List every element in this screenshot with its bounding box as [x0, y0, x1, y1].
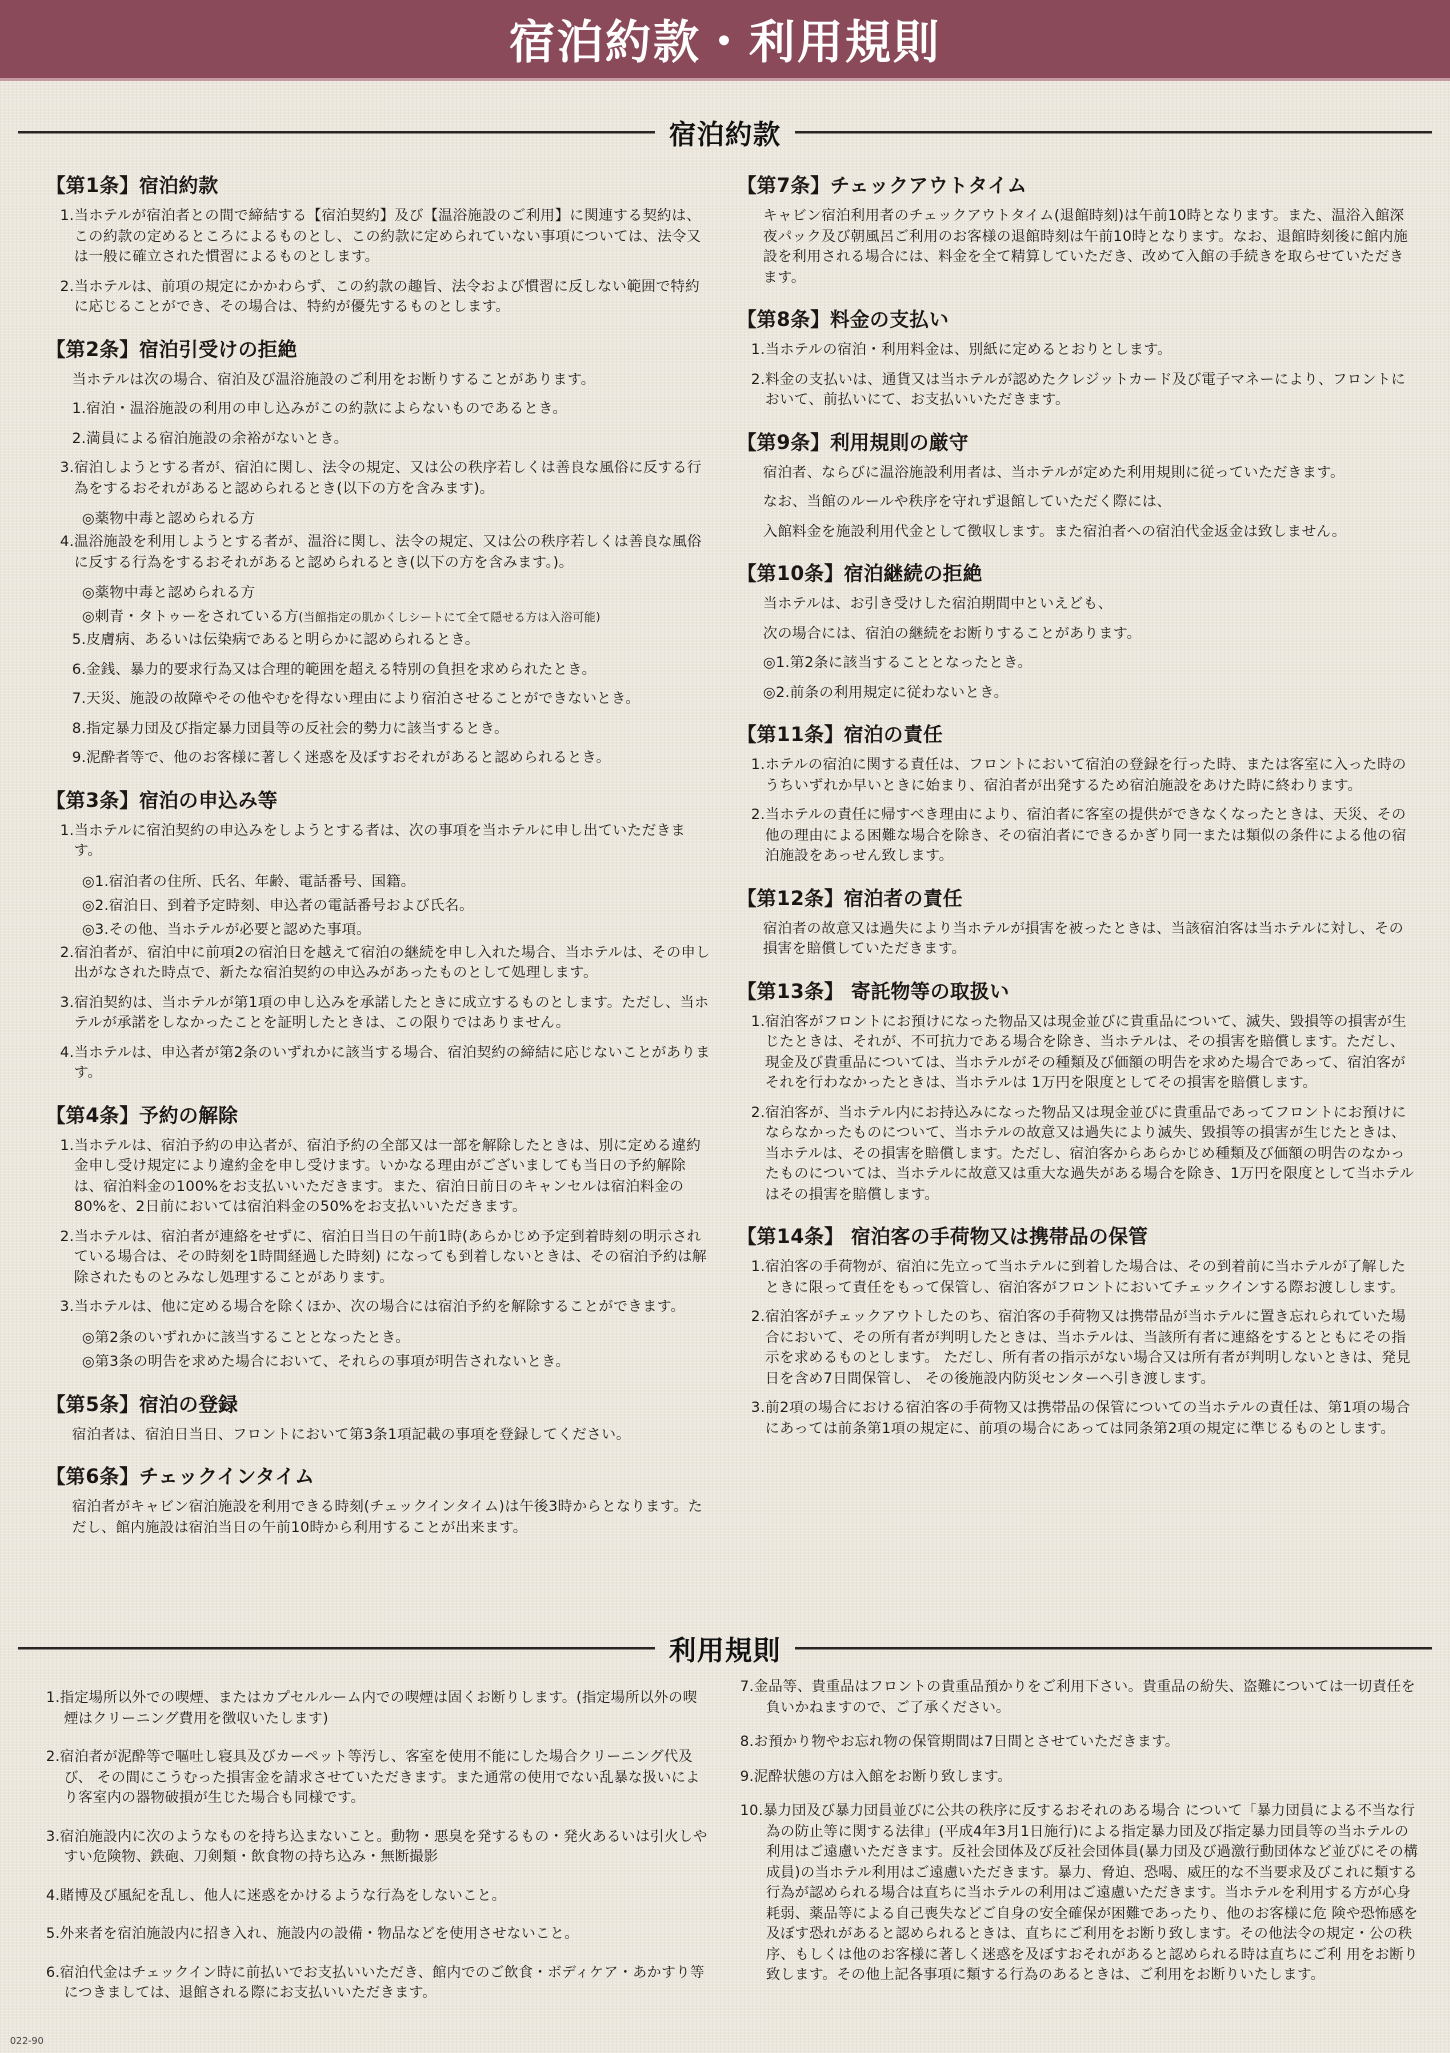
article-subitem: ◎2.宿泊日、到着予定時刻、申込者の電話番号および氏名。	[46, 895, 711, 917]
clause-text: 当ホテルは次の場合、宿泊及び温浴施設のご利用をお断りすることがあります。	[72, 372, 595, 388]
article-clause: 9.泥酔者等で、他のお客様に著しく迷惑を及ぼすおそれがあると認められるとき。	[46, 748, 711, 769]
clause-text: ◎薬物中毒と認められる方	[82, 511, 255, 527]
clause-text: 2.当ホテルは、宿泊者が連絡をせずに、宿泊日当日の午前1時(あらかじめ予定到着時…	[60, 1229, 707, 1286]
article-clause: 2.満員による宿泊施設の余裕がないとき。	[46, 429, 711, 450]
article-clause: 宿泊者は、宿泊日当日、フロントにおいて第3条1項記載の事項を登録してください。	[46, 1425, 711, 1446]
article: 【第13条】 寄託物等の取扱い1.宿泊客がフロントにお預けになった物品又は現金並…	[737, 976, 1417, 1206]
clause-text: 7.天災、施設の故障やその他やむを得ない理由により宿泊させることができないとき。	[72, 691, 640, 707]
title-banner: 宿泊約款・利用規則	[0, 0, 1450, 81]
section-title-rules: 利用規則	[655, 1629, 795, 1668]
clause-text: 宿泊者は、宿泊日当日、フロントにおいて第3条1項記載の事項を登録してください。	[72, 1427, 631, 1443]
rules-right-column: 7.金品等、貴重品はフロントの貴重品預かりをご利用下さい。貴重品の紛失、盗難につ…	[740, 1677, 1420, 2000]
clause-text: ◎2.宿泊日、到着予定時刻、申込者の電話番号および氏名。	[82, 898, 474, 914]
rule-item: 5.外来者を宿泊施設内に招き入れ、施設内の設備・物品などを使用させないこと。	[46, 1924, 711, 1945]
clause-text: 1.宿泊客がフロントにお預けになった物品又は現金並びに貴重品について、滅失、毀損…	[751, 1014, 1407, 1092]
article: 【第7条】チェックアウトタイムキャビン宿泊利用者のチェックアウトタイム(退館時刻…	[737, 170, 1417, 288]
clause-text: ◎1.宿泊者の住所、氏名、年齢、電話番号、国籍。	[82, 874, 415, 890]
clause-text: 1.宿泊客の手荷物が、宿泊に先立って当ホテルに到着した場合は、その到着前に当ホテ…	[751, 1259, 1406, 1296]
clause-text: キャビン宿泊利用者のチェックアウトタイム(退館時刻)は午前10時となります。また…	[763, 208, 1408, 286]
rule-item: 7.金品等、貴重品はフロントの貴重品預かりをご利用下さい。貴重品の紛失、盗難につ…	[740, 1677, 1420, 1718]
article-subitem: ◎第2条のいずれかに該当することとなったとき。	[46, 1327, 711, 1349]
article-clause: なお、当館のルールや秩序を守れず退館していただく際には、	[737, 492, 1417, 513]
article-clause: ◎1.第2条に該当することとなったとき。	[737, 653, 1417, 674]
clause-text: ◎2.前条の利用規定に従わないとき。	[763, 685, 1008, 701]
article-clause: 1.ホテルの宿泊に関する責任は、フロントにおいて宿泊の登録を行った時、または客室…	[737, 755, 1417, 796]
article-clause: 4.温浴施設を利用しようとする者が、温浴に関し、法令の規定、又は公の秩序若しくは…	[46, 532, 711, 573]
article-clause: 1.宿泊客がフロントにお預けになった物品又は現金並びに貴重品について、滅失、毀損…	[737, 1012, 1417, 1094]
clause-text: 2.当ホテルは、前項の規定にかかわらず、この約款の趣旨、法令および慣習に反しない…	[60, 279, 700, 316]
clause-text: 宿泊者、ならびに温浴施設利用者は、当ホテルが定めた利用規則に従っていただきます。	[763, 465, 1345, 481]
article-clause: 4.当ホテルは、申込者が第2条のいずれかに該当する場合、宿泊契約の締結に応じない…	[46, 1043, 711, 1084]
clause-text: 3.宿泊契約は、当ホテルが第1項の申し込みを承諾したときに成立するものとします。…	[60, 995, 709, 1032]
clause-note: (当館指定の肌かくしシートにて全て隠せる方は入浴可能)	[299, 610, 601, 624]
article: 【第3条】宿泊の申込み等1.当ホテルに宿泊契約の申込みをしようとする者は、次の事…	[46, 785, 711, 1084]
clause-text: 6.金銭、暴力的要求行為又は合理的範囲を超える特別の負担を求められたとき。	[72, 662, 596, 678]
clause-text: 1.当ホテルは、宿泊予約の申込者が、宿泊予約の全部又は一部を解除したときは、別に…	[60, 1138, 701, 1216]
clause-text: 3.当ホテルは、他に定める場合を除くほか、次の場合には宿泊予約を解除することがで…	[60, 1299, 685, 1315]
article-clause: 当ホテルは次の場合、宿泊及び温浴施設のご利用をお断りすることがあります。	[46, 370, 711, 391]
article-clause: 3.宿泊契約は、当ホテルが第1項の申し込みを承諾したときに成立するものとします。…	[46, 993, 711, 1034]
article-clause: ◎2.前条の利用規定に従わないとき。	[737, 683, 1417, 704]
article-heading: 【第1条】宿泊約款	[46, 170, 711, 198]
article-clause: 5.皮膚病、あるいは伝染病であると明らかに認められるとき。	[46, 630, 711, 651]
clause-text: 3.宿泊しようとする者が、宿泊に関し、法令の規定、又は公の秩序若しくは善良な風俗…	[60, 460, 702, 497]
article-clause: 1.当ホテルの宿泊・利用料金は、別紙に定めるとおりとします。	[737, 340, 1417, 361]
article-subitem: ◎3.その他、当ホテルが必要と認めた事項。	[46, 919, 711, 941]
article-subitem: ◎第3条の明告を求めた場合において、それらの事項が明告されないとき。	[46, 1351, 711, 1373]
article-clause: 2.宿泊者が、宿泊中に前項2の宿泊日を越えて宿泊の継続を申し入れた場合、当ホテル…	[46, 943, 711, 984]
article-subitem: ◎薬物中毒と認められる方	[46, 582, 711, 604]
clause-text: 1.当ホテルの宿泊・利用料金は、別紙に定めるとおりとします。	[751, 342, 1172, 358]
article: 【第6条】チェックインタイム宿泊者がキャビン宿泊施設を利用できる時刻(チェックイ…	[46, 1461, 711, 1538]
article: 【第10条】宿泊継続の拒絶当ホテルは、お引き受けした宿泊期間中といえども、次の場…	[737, 558, 1417, 703]
rule-item: 9.泥酔状態の方は入館をお断り致します。	[740, 1767, 1420, 1788]
clause-text: 9.泥酔者等で、他のお客様に著しく迷惑を及ぼすおそれがあると認められるとき。	[72, 750, 611, 766]
article-clause: 3.宿泊しようとする者が、宿泊に関し、法令の規定、又は公の秩序若しくは善良な風俗…	[46, 458, 711, 499]
rule-item: 3.宿泊施設内に次のようなものを持ち込まないこと。動物・悪臭を発するもの・発火あ…	[46, 1827, 711, 1868]
section-divider-rules: 利用規則	[18, 1628, 1432, 1668]
rule-item: 2.宿泊者が泥酔等で嘔吐し寝具及びカーペット等汚し、客室を使用不能にした場合クリ…	[46, 1747, 711, 1809]
rule-item: 1.指定場所以外での喫煙、またはカプセルルーム内での喫煙は固くお断りします。(指…	[46, 1688, 711, 1729]
divider-line	[795, 131, 1432, 134]
clause-text: 宿泊者がキャビン宿泊施設を利用できる時刻(チェックインタイム)は午後3時からとな…	[72, 1499, 703, 1536]
article-clause: 8.指定暴力団及び指定暴力団員等の反社会的勢力に該当するとき。	[46, 719, 711, 740]
article-clause: 2.宿泊客がチェックアウトしたのち、宿泊客の手荷物又は携帯品が当ホテルに置き忘れ…	[737, 1307, 1417, 1389]
article: 【第2条】宿泊引受けの拒絶当ホテルは次の場合、宿泊及び温浴施設のご利用をお断りす…	[46, 334, 711, 769]
clause-text: 2.満員による宿泊施設の余裕がないとき。	[72, 431, 348, 447]
clause-text: 4.温浴施設を利用しようとする者が、温浴に関し、法令の規定、又は公の秩序若しくは…	[60, 534, 702, 571]
divider-line	[795, 1647, 1432, 1650]
article-heading: 【第6条】チェックインタイム	[46, 1461, 711, 1489]
clause-text: ◎薬物中毒と認められる方	[82, 585, 255, 601]
article: 【第9条】利用規則の厳守宿泊者、ならびに温浴施設利用者は、当ホテルが定めた利用規…	[737, 427, 1417, 543]
article-clause: キャビン宿泊利用者のチェックアウトタイム(退館時刻)は午前10時となります。また…	[737, 206, 1417, 288]
clause-text: 1.当ホテルに宿泊契約の申込みをしようとする者は、次の事項を当ホテルに申し出てい…	[60, 823, 686, 860]
clause-text: 1.当ホテルが宿泊者との間で締結する【宿泊契約】及び【温浴施設のご利用】に関連す…	[60, 208, 701, 265]
article-clause: 宿泊者、ならびに温浴施設利用者は、当ホテルが定めた利用規則に従っていただきます。	[737, 463, 1417, 484]
article-heading: 【第13条】 寄託物等の取扱い	[737, 976, 1417, 1004]
article-clause: 7.天災、施設の故障やその他やむを得ない理由により宿泊させることができないとき。	[46, 689, 711, 710]
clause-text: 1.ホテルの宿泊に関する責任は、フロントにおいて宿泊の登録を行った時、または客室…	[751, 757, 1406, 794]
article-clause: 1.当ホテルが宿泊者との間で締結する【宿泊契約】及び【温浴施設のご利用】に関連す…	[46, 206, 711, 268]
article-heading: 【第2条】宿泊引受けの拒絶	[46, 334, 711, 362]
article-clause: 3.当ホテルは、他に定める場合を除くほか、次の場合には宿泊予約を解除することがで…	[46, 1297, 711, 1318]
clause-text: ◎第3条の明告を求めた場合において、それらの事項が明告されないとき。	[82, 1354, 570, 1370]
article-subitem: ◎刺青・タトゥーをされている方(当館指定の肌かくしシートにて全て隠せる方は入浴可…	[46, 606, 711, 628]
clause-text: 当ホテルは、お引き受けした宿泊期間中といえども、	[763, 596, 1112, 612]
clause-text: ◎3.その他、当ホテルが必要と認めた事項。	[82, 922, 371, 938]
clause-text: 2.宿泊者が、宿泊中に前項2の宿泊日を越えて宿泊の継続を申し入れた場合、当ホテル…	[60, 945, 710, 982]
clause-text: ◎1.第2条に該当することとなったとき。	[763, 655, 1032, 671]
article-clause: 入館料金を施設利用代金として徴収します。また宿泊者への宿泊代金返金は致しません。	[737, 522, 1417, 543]
clause-text: 2.宿泊客が、当ホテル内にお持込みになった物品又は現金並びに貴重品であってフロン…	[751, 1105, 1414, 1203]
article-clause: 3.前2項の場合における宿泊客の手荷物又は携帯品の保管についての当ホテルの責任は…	[737, 1398, 1417, 1439]
article-clause: 1.宿泊・温浴施設の利用の申し込みがこの約款によらないものであるとき。	[46, 399, 711, 420]
article-heading: 【第4条】予約の解除	[46, 1100, 711, 1128]
clause-text: 宿泊者の故意又は過失により当ホテルが損害を被ったときは、当該宿泊客は当ホテルに対…	[763, 921, 1404, 958]
article-clause: 1.当ホテルに宿泊契約の申込みをしようとする者は、次の事項を当ホテルに申し出てい…	[46, 821, 711, 862]
article: 【第14条】 宿泊客の手荷物又は携帯品の保管1.宿泊客の手荷物が、宿泊に先立って…	[737, 1221, 1417, 1439]
clause-text: なお、当館のルールや秩序を守れず退館していただく際には、	[763, 494, 1171, 510]
section-title-terms: 宿泊約款	[655, 113, 795, 152]
terms-right-column: 【第7条】チェックアウトタイムキャビン宿泊利用者のチェックアウトタイム(退館時刻…	[737, 170, 1417, 1455]
divider-line	[18, 131, 655, 134]
article-clause: 2.料金の支払いは、通貨又は当ホテルが認めたクレジットカード及び電子マネーにより…	[737, 370, 1417, 411]
article-clause: 1.当ホテルは、宿泊予約の申込者が、宿泊予約の全部又は一部を解除したときは、別に…	[46, 1136, 711, 1218]
article: 【第12条】宿泊者の責任宿泊者の故意又は過失により当ホテルが損害を被ったときは、…	[737, 883, 1417, 960]
article: 【第4条】予約の解除1.当ホテルは、宿泊予約の申込者が、宿泊予約の全部又は一部を…	[46, 1100, 711, 1373]
clause-text: 4.当ホテルは、申込者が第2条のいずれかに該当する場合、宿泊契約の締結に応じない…	[60, 1045, 710, 1082]
article: 【第11条】宿泊の責任1.ホテルの宿泊に関する責任は、フロントにおいて宿泊の登録…	[737, 719, 1417, 867]
article-heading: 【第12条】宿泊者の責任	[737, 883, 1417, 911]
article-clause: 2.宿泊客が、当ホテル内にお持込みになった物品又は現金並びに貴重品であってフロン…	[737, 1103, 1417, 1206]
rule-item: 6.宿泊代金はチェックイン時に前払いでお支払いいただき、館内でのご飲食・ボディケ…	[46, 1963, 711, 2004]
article-clause: 2.当ホテルの責任に帰すべき理由により、宿泊者に客室の提供ができなくなったときは…	[737, 805, 1417, 867]
article: 【第5条】宿泊の登録宿泊者は、宿泊日当日、フロントにおいて第3条1項記載の事項を…	[46, 1389, 711, 1446]
article-heading: 【第14条】 宿泊客の手荷物又は携帯品の保管	[737, 1221, 1417, 1249]
article-clause: 宿泊者がキャビン宿泊施設を利用できる時刻(チェックインタイム)は午後3時からとな…	[46, 1497, 711, 1538]
article-subitem: ◎薬物中毒と認められる方	[46, 508, 711, 530]
article-clause: 2.当ホテルは、前項の規定にかかわらず、この約款の趣旨、法令および慣習に反しない…	[46, 277, 711, 318]
article-heading: 【第7条】チェックアウトタイム	[737, 170, 1417, 198]
clause-text: 3.前2項の場合における宿泊客の手荷物又は携帯品の保管についての当ホテルの責任は…	[751, 1400, 1410, 1437]
article-clause: 当ホテルは、お引き受けした宿泊期間中といえども、	[737, 594, 1417, 615]
article-clause: 宿泊者の故意又は過失により当ホテルが損害を被ったときは、当該宿泊客は当ホテルに対…	[737, 919, 1417, 960]
article-heading: 【第9条】利用規則の厳守	[737, 427, 1417, 455]
clause-text: ◎刺青・タトゥーをされている方	[82, 609, 299, 625]
article-heading: 【第3条】宿泊の申込み等	[46, 785, 711, 813]
article-heading: 【第10条】宿泊継続の拒絶	[737, 558, 1417, 586]
section-divider-terms: 宿泊約款	[18, 112, 1432, 152]
rule-item: 8.お預かり物やお忘れ物の保管期間は7日間とさせていただきます。	[740, 1732, 1420, 1753]
clause-text: 5.皮膚病、あるいは伝染病であると明らかに認められるとき。	[72, 632, 480, 648]
clause-text: ◎第2条のいずれかに該当することとなったとき。	[82, 1330, 410, 1346]
article-clause: 1.宿泊客の手荷物が、宿泊に先立って当ホテルに到着した場合は、その到着前に当ホテ…	[737, 1257, 1417, 1298]
terms-left-column: 【第1条】宿泊約款1.当ホテルが宿泊者との間で締結する【宿泊契約】及び【温浴施設…	[46, 170, 711, 1554]
article-clause: 6.金銭、暴力的要求行為又は合理的範囲を超える特別の負担を求められたとき。	[46, 660, 711, 681]
divider-line	[18, 1647, 655, 1650]
clause-text: 入館料金を施設利用代金として徴収します。また宿泊者への宿泊代金返金は致しません。	[763, 524, 1346, 540]
document-code: 022-90	[10, 2036, 44, 2047]
rule-item: 4.賭博及び風紀を乱し、他人に迷惑をかけるような行為をしないこと。	[46, 1886, 711, 1907]
rule-item: 10.暴力団及び暴力団員並びに公共の秩序に反するおそれのある場合 について「暴力…	[740, 1801, 1420, 1986]
article-heading: 【第11条】宿泊の責任	[737, 719, 1417, 747]
clause-text: 2.当ホテルの責任に帰すべき理由により、宿泊者に客室の提供ができなくなったときは…	[751, 807, 1406, 864]
clause-text: 8.指定暴力団及び指定暴力団員等の反社会的勢力に該当するとき。	[72, 721, 509, 737]
clause-text: 1.宿泊・温浴施設の利用の申し込みがこの約款によらないものであるとき。	[72, 401, 567, 417]
article: 【第1条】宿泊約款1.当ホテルが宿泊者との間で締結する【宿泊契約】及び【温浴施設…	[46, 170, 711, 318]
article-heading: 【第8条】料金の支払い	[737, 304, 1417, 332]
page-title: 宿泊約款・利用規則	[509, 6, 941, 72]
article-clause: 次の場合には、宿泊の継続をお断りすることがあります。	[737, 624, 1417, 645]
article-heading: 【第5条】宿泊の登録	[46, 1389, 711, 1417]
clause-text: 次の場合には、宿泊の継続をお断りすることがあります。	[763, 626, 1141, 642]
clause-text: 2.料金の支払いは、通貨又は当ホテルが認めたクレジットカード及び電子マネーにより…	[751, 372, 1406, 409]
article: 【第8条】料金の支払い1.当ホテルの宿泊・利用料金は、別紙に定めるとおりとします…	[737, 304, 1417, 411]
article-subitem: ◎1.宿泊者の住所、氏名、年齢、電話番号、国籍。	[46, 871, 711, 893]
rules-left-column: 1.指定場所以外での喫煙、またはカプセルルーム内での喫煙は固くお断りします。(指…	[46, 1688, 711, 2022]
clause-text: 2.宿泊客がチェックアウトしたのち、宿泊客の手荷物又は携帯品が当ホテルに置き忘れ…	[751, 1309, 1411, 1387]
article-clause: 2.当ホテルは、宿泊者が連絡をせずに、宿泊日当日の午前1時(あらかじめ予定到着時…	[46, 1227, 711, 1289]
